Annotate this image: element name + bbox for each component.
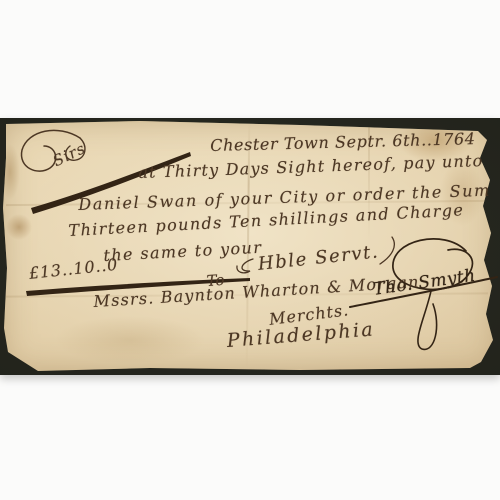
paper-stain (0, 144, 20, 200)
paper-stain (55, 316, 205, 364)
page-background: Chester Town Septr. 6th..1764 Sirs at Th… (0, 0, 500, 500)
document-photo: Chester Town Septr. 6th..1764 Sirs at Th… (0, 118, 500, 375)
paper-stain (6, 214, 32, 240)
